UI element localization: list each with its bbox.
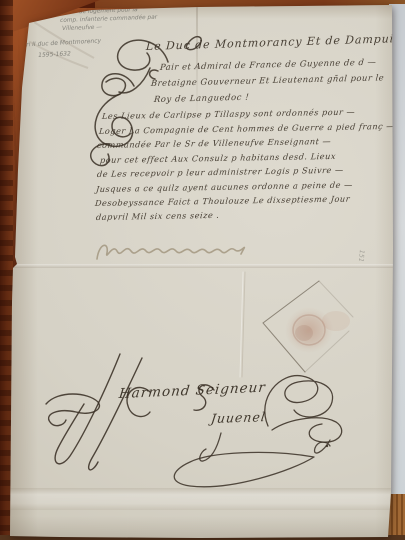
- fold-crease-middle: [0, 264, 405, 268]
- paper-shading-left: [8, 0, 38, 540]
- signature-paraph: [265, 376, 342, 448]
- signature-name-line2: Juuenel: [210, 409, 267, 426]
- body-line-8: dapvril Mil six cens seize .: [96, 210, 220, 222]
- paper-shading-bottom: [0, 516, 405, 540]
- heading-line-2: Pair et Admiral de France de Guyenne de …: [160, 57, 377, 72]
- body-line-5: de Les recepvoir p leur administrer Logi…: [97, 165, 345, 179]
- body-line-6: Jusques a ce quilz ayent aucunes ordonne…: [96, 180, 354, 194]
- heading-line-1: Le Duc de Montmorancy Et de Dampuille: [146, 32, 405, 53]
- paper-shadow-wrap: 1616 "Billet" de logement pour la comp. …: [0, 0, 405, 540]
- pencil-catalog-number: 1616: [30, 11, 47, 20]
- heading-line-3: Bretaigne Gouverneur Et Lieutenant gñal …: [151, 72, 385, 88]
- wax-seal-mark: [285, 307, 350, 353]
- document-paper: 1616 "Billet" de logement pour la comp. …: [0, 0, 405, 540]
- body-line-4: pour cet effect Aux Consulz p habitans d…: [100, 151, 337, 165]
- body-line-1: Les Lieux de Carlipse p Tillaspy sont or…: [102, 107, 356, 121]
- fold-crease-bottom: [0, 488, 405, 510]
- heading-line-4: Roy de Languedoc !: [154, 92, 250, 104]
- faded-signature-montmorency: [97, 245, 244, 259]
- signature-monogram: [46, 354, 214, 470]
- body-line-3: commandée Par le Sr de Villeneufve Ensei…: [97, 136, 332, 150]
- photo-frame: 1616 "Billet" de logement pour la comp. …: [0, 0, 405, 540]
- pencil-attribution-line1: Henri II duc de Montmorency: [14, 37, 101, 49]
- body-line-2: Loger La Compagnie de Cent hommes de Gue…: [99, 121, 396, 136]
- pencil-side-number: 151: [357, 249, 366, 262]
- signature-name-line1: Harmond Seigneur: [118, 380, 267, 403]
- pencil-note-line3: Villeneufve —: [62, 25, 102, 32]
- signature-underline: [174, 433, 330, 487]
- diamond-outline-mark: [240, 272, 353, 377]
- paper-shading-top: [0, 3, 405, 19]
- body-line-7: Desobeyssance Faict a Thoulouze Le dixse…: [95, 194, 351, 208]
- pencil-attribution-line2: 1595-1632: [38, 50, 71, 59]
